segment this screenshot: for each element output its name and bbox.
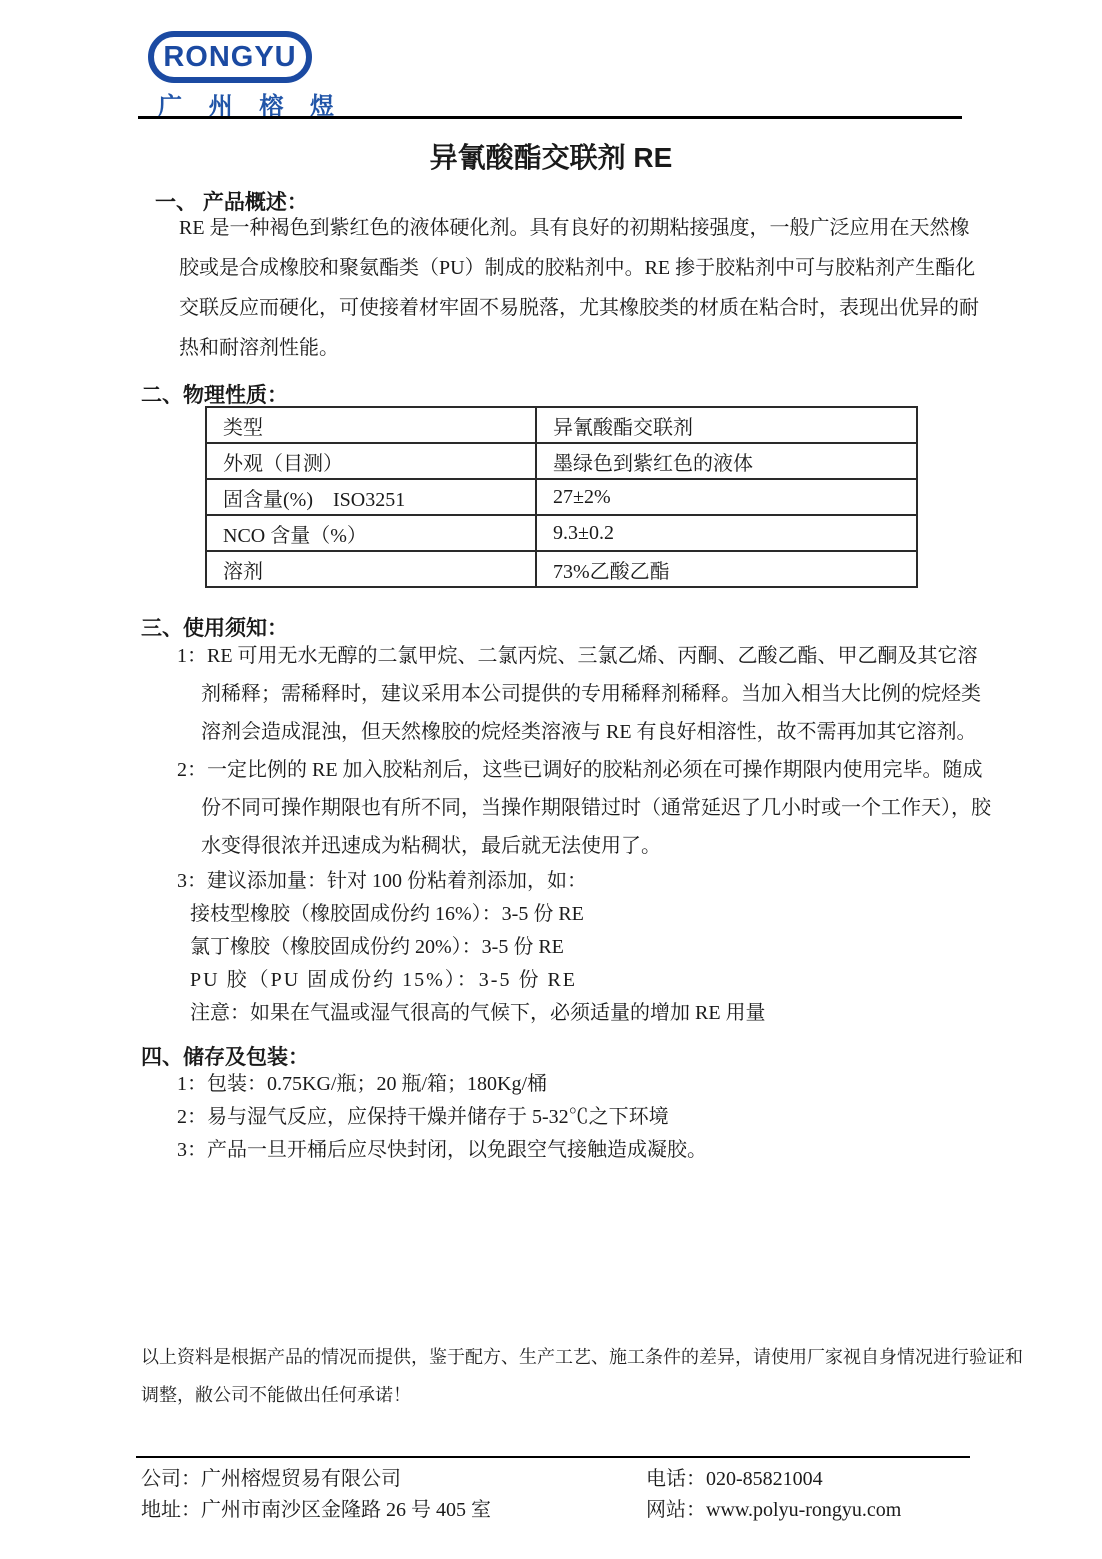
usage-line: 溶剂会造成混浊，但天然橡胶的烷烃类溶液与 RE 有良好相溶性，故不需再加其它溶剂… <box>141 713 991 751</box>
usage-line: 2：一定比例的 RE 加入胶粘剂后，这些已调好的胶粘剂必须在可操作期限内使用完毕… <box>141 751 991 789</box>
overview-line: 热和耐溶剂性能。 <box>179 328 979 368</box>
usage-line: 份不同可操作期限也有所不同，当操作期限错过时（通常延迟了几小时或一个工作天），胶 <box>141 789 991 827</box>
usage-line: 水变得很浓并迅速成为粘稠状，最后就无法使用了。 <box>141 827 991 865</box>
footer-divider <box>136 1456 970 1458</box>
property-value: 异氰酸酯交联剂 <box>536 407 917 443</box>
table-row: 固含量(%) ISO3251 27±2% <box>206 479 917 515</box>
footer-phone: 电话：020-85821004 <box>646 1464 901 1495</box>
logo-brand-text: RONGYU <box>163 41 296 74</box>
usage-notes: 1：RE 可用无水无醇的二氯甲烷、二氯丙烷、三氯乙烯、丙酮、乙酸乙酯、甲乙酮及其… <box>141 637 991 1030</box>
usage-line: PU 胶（PU 固成份约 15%）：3-5 份 RE <box>141 964 991 997</box>
datasheet-page: RONGYU 广 州 榕 煜 异氰酸酯交联剂 RE 一、 产品概述： RE 是一… <box>0 0 1102 1559</box>
property-label: NCO 含量（%） <box>206 515 536 551</box>
usage-line: 接枝型橡胶（橡胶固成份约 16%）：3-5 份 RE <box>141 898 991 931</box>
section-heading-storage: 四、储存及包装： <box>141 1041 309 1071</box>
property-value: 墨绿色到紫红色的液体 <box>536 443 917 479</box>
property-label: 外观（目测） <box>206 443 536 479</box>
storage-line: 2：易与湿气反应，应保持干燥并储存于 5-32℃之下环境 <box>141 1101 707 1134</box>
storage-notes: 1：包装：0.75KG/瓶；20 瓶/箱；180Kg/桶 2：易与湿气反应，应保… <box>141 1068 707 1167</box>
header-divider <box>138 116 962 119</box>
disclaimer: 以上资料是根据产品的情况而提供，鉴于配方、生产工艺、施工条件的差异，请使用厂家视… <box>141 1338 1023 1414</box>
usage-line: 1：RE 可用无水无醇的二氯甲烷、二氯丙烷、三氯乙烯、丙酮、乙酸乙酯、甲乙酮及其… <box>141 637 991 675</box>
overview-line: 交联反应而硬化，可使接着材牢固不易脱落，尤其橡胶类的材质在粘合时，表现出优异的耐 <box>179 288 979 328</box>
property-value: 9.3±0.2 <box>536 515 917 551</box>
usage-line: 注意：如果在气温或湿气很高的气候下，必须适量的增加 RE 用量 <box>141 997 991 1030</box>
footer-company-block: 公司：广州榕煜贸易有限公司 地址：广州市南沙区金隆路 26 号 405 室 <box>141 1464 491 1526</box>
overview-paragraph: RE 是一种褐色到紫红色的液体硬化剂。具有良好的初期粘接强度，一般广泛应用在天然… <box>179 208 979 368</box>
storage-line: 1：包装：0.75KG/瓶；20 瓶/箱；180Kg/桶 <box>141 1068 707 1101</box>
table-row: NCO 含量（%） 9.3±0.2 <box>206 515 917 551</box>
disclaimer-line: 调整，敝公司不能做出任何承诺！ <box>141 1376 1023 1414</box>
usage-line: 氯丁橡胶（橡胶固成份约 20%）：3-5 份 RE <box>141 931 991 964</box>
storage-line: 3：产品一旦开桶后应尽快封闭，以免跟空气接触造成凝胶。 <box>141 1134 707 1167</box>
property-value: 73%乙酸乙酯 <box>536 551 917 587</box>
properties-table: 类型 异氰酸酯交联剂 外观（目测） 墨绿色到紫红色的液体 固含量(%) ISO3… <box>205 406 918 588</box>
disclaimer-line: 以上资料是根据产品的情况而提供，鉴于配方、生产工艺、施工条件的差异，请使用厂家视… <box>141 1338 1023 1376</box>
section-heading-physical: 二、物理性质： <box>141 379 288 409</box>
footer-website: 网站：www.polyu-rongyu.com <box>646 1495 901 1526</box>
property-label: 类型 <box>206 407 536 443</box>
table-row: 溶剂 73%乙酸乙酯 <box>206 551 917 587</box>
usage-line: 3：建议添加量：针对 100 份粘着剂添加，如： <box>141 865 991 898</box>
overview-line: 胶或是合成橡胶和聚氨酯类（PU）制成的胶粘剂中。RE 掺于胶粘剂中可与胶粘剂产生… <box>179 248 979 288</box>
overview-line: RE 是一种褐色到紫红色的液体硬化剂。具有良好的初期粘接强度，一般广泛应用在天然… <box>179 208 979 248</box>
footer-company: 公司：广州榕煜贸易有限公司 <box>141 1464 491 1495</box>
page-title: 异氰酸酯交联剂 RE <box>0 136 1102 176</box>
table-row: 外观（目测） 墨绿色到紫红色的液体 <box>206 443 917 479</box>
property-value: 27±2% <box>536 479 917 515</box>
footer-address: 地址：广州市南沙区金隆路 26 号 405 室 <box>141 1495 491 1526</box>
footer-contact-block: 电话：020-85821004 网站：www.polyu-rongyu.com <box>646 1464 901 1526</box>
company-logo: RONGYU <box>148 31 312 83</box>
property-label: 固含量(%) ISO3251 <box>206 479 536 515</box>
usage-line: 剂稀释；需稀释时，建议采用本公司提供的专用稀释剂稀释。当加入相当大比例的烷烃类 <box>141 675 991 713</box>
property-label: 溶剂 <box>206 551 536 587</box>
table-row: 类型 异氰酸酯交联剂 <box>206 407 917 443</box>
